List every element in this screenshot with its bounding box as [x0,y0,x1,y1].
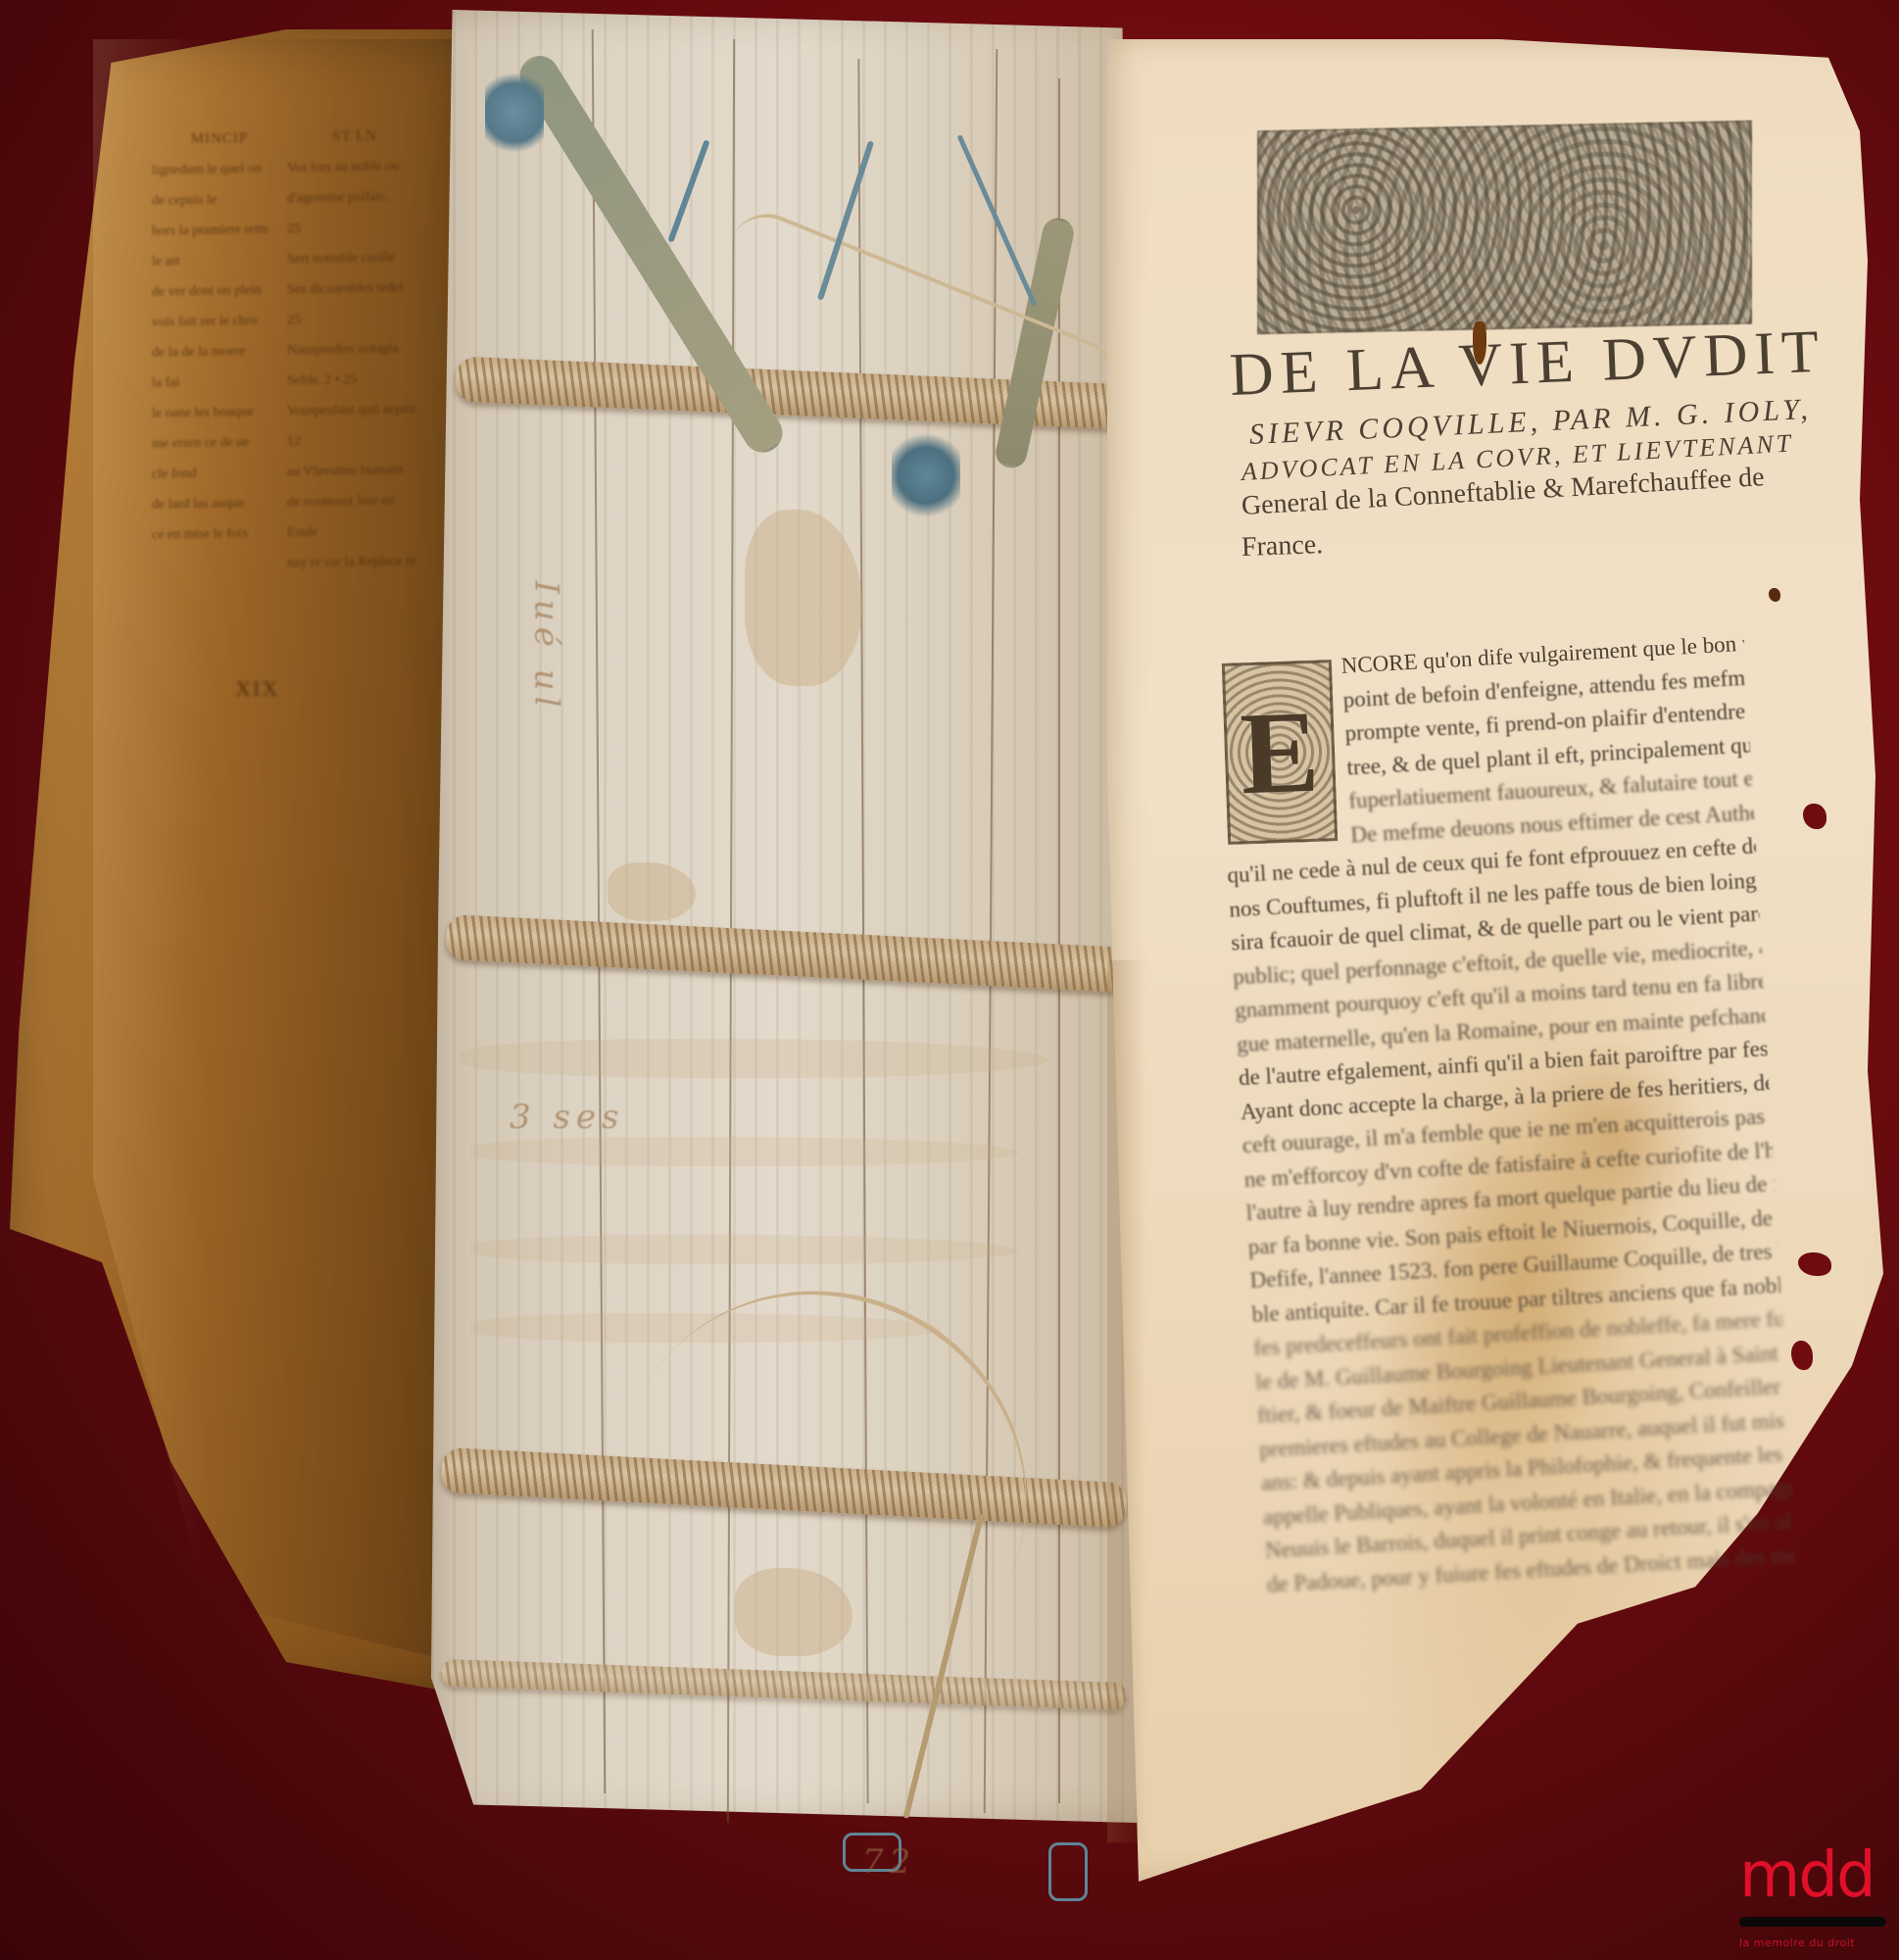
left-col1-line: de la de la moere [152,335,287,367]
spine-flake [461,1039,1048,1078]
left-col2-line: au Vhrestien Inatsant [287,455,422,487]
left-col1-line: le oane les bouque [152,396,287,428]
left-col1-line: cle fond [152,457,287,489]
blue-thread-tie [485,69,544,157]
left-cover-text: MINCIP lignedum le quel on de cepuis le … [152,120,446,580]
left-col1-line: vois fait ser le chos [152,305,287,337]
spine-manuscript-mark: 3 ses [510,1098,624,1137]
spine-flake [470,1235,1019,1264]
left-col1-line: hors la pramiere rette [152,214,287,246]
left-cover-column-1: MINCIP lignedum le quel on de cepuis le … [152,122,287,550]
left-col2-line: nay re sur la Replace re [287,546,422,578]
left-col1-line: de lard las auque [152,487,287,519]
left-col1-line: la fai [152,366,287,398]
title-country: France. [1241,514,1778,563]
page-hole [1803,804,1826,829]
page-gutter-shadow [1107,960,1146,1842]
left-col2-line: Vos lors au noble ou [287,151,422,183]
left-col1-line: le art [152,244,287,276]
page-hole [1791,1341,1813,1370]
left-col2-line: ST LN [287,121,422,153]
left-col1-line: me ernrn ce de ue [152,426,287,459]
left-col1-line: de cepuis le [152,183,287,216]
left-col2-line: Ses dicsuenbles tedet [287,272,422,305]
page-hole [1769,588,1780,602]
body-text: NCORE qu'on dife vulgairement que le bon… [1215,627,1796,1602]
left-col2-line: Sefds. 2 • 25 [287,364,422,396]
logo-underline-bar [1739,1917,1886,1927]
left-col2-line: 25 [287,303,422,335]
left-col2-line: Sert notrable cuolle [287,242,422,274]
woodcut-headpiece-ornament [1257,121,1752,335]
spine-flake [470,1137,1019,1166]
left-col1-line: ce en mise le foix [152,517,287,550]
left-col1-line: lignedum le quel on [152,153,287,185]
left-cover-column-2: ST LN Vos lors au noble ou d'agensme pol… [287,121,422,578]
logo-mark-text: mdd [1739,1839,1875,1912]
left-col1-line: de ver dont on plein [152,274,287,307]
spine-manuscript-mark: Iué ul [527,580,566,712]
book-photograph: MINCIP lignedum le quel on de cepuis le … [0,0,1899,1960]
logo-tagline: la memoire du droit [1739,1936,1896,1949]
left-col2-line: de nouteaux leur en Estde [287,485,422,548]
title-block: DE LA VIE DVDIT SIEVR COQVILLE, PAR M. G… [1230,341,1778,563]
left-col2-line: 12 [287,424,422,457]
left-col2-line: 25 [287,212,422,244]
left-col2-line: Nauspredies notagia [287,333,422,366]
left-cover-roman-numeral: XIX [235,676,279,702]
left-col1-line: MINCIP [152,122,287,155]
blue-thread-tie [892,431,960,519]
logo-mark: mdd [1739,1844,1896,1907]
blue-thread [1048,1842,1088,1901]
left-col2-line: Vouspeulaut quil aeptis [287,394,422,426]
spine-manuscript-mark: 72 [862,1842,916,1882]
left-col2-line: d'agensme polfaic. [287,181,422,214]
watermark-logo: mdd la memoire du droit [1739,1844,1896,1949]
